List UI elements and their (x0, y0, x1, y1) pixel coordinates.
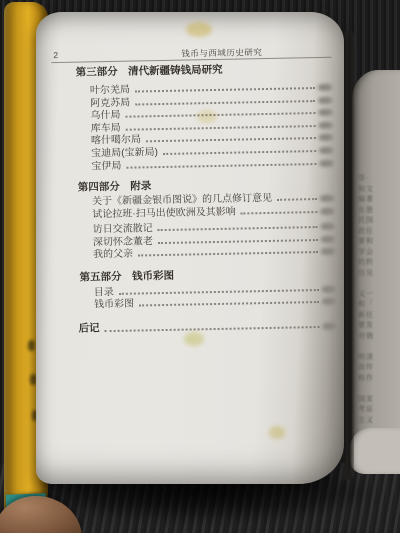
blurred-page-number (320, 208, 334, 215)
blurred-page-number (319, 147, 333, 154)
dot-leader (277, 198, 317, 201)
dot-leader (146, 137, 316, 142)
blurred-page-number (318, 109, 332, 116)
blurred-page-number (320, 195, 334, 202)
toc-section-heading: 第三部分 清代新疆铸钱局研究 (76, 65, 223, 80)
page-number: 2 (53, 50, 58, 60)
back-matter-label: 后记 (78, 320, 99, 335)
dot-leader (139, 301, 319, 306)
blurred-page-number (322, 323, 336, 330)
dot-leader (105, 326, 320, 332)
blurred-page-number (318, 97, 332, 104)
dot-leader (158, 239, 318, 244)
blurred-page-number (319, 134, 333, 141)
dot-leader (126, 163, 316, 169)
blurred-page-number (321, 248, 335, 255)
blurred-page-number (318, 84, 332, 91)
toc-entry-label: 宝伊局 (91, 157, 121, 173)
dot-leader (125, 112, 315, 118)
toc-entry: 钱币彩图 (94, 294, 336, 311)
toc-entry: 我的父亲 (93, 244, 335, 261)
toc-entry: 试论拉班·扫马出使欧洲及其影响 (92, 204, 334, 221)
blurred-page-number (319, 122, 333, 129)
dot-leader (163, 150, 316, 155)
dot-leader (138, 251, 318, 256)
toc-back-matter: 后记 (78, 319, 336, 336)
blurred-page-number (321, 236, 335, 243)
blurred-page-number (321, 223, 335, 230)
blurred-page-number (322, 286, 336, 293)
dot-leader (135, 87, 315, 92)
dot-leader (158, 226, 318, 231)
toc-entry-label: 钱币彩图 (94, 295, 134, 311)
section-heading-label: 第三部分 清代新疆铸钱局研究 (75, 62, 222, 80)
photo-of-open-book: 容·和文编著在册民国政任要和学会的转历见又一和「新任要发对俄明清而传称作国家考证… (0, 0, 400, 533)
toc-entry-label: 我的父亲 (93, 245, 133, 261)
blurred-page-number (319, 160, 333, 167)
toc-text-layer: 2 钱币与西域历史研究 第三部分 清代新疆铸钱局研究 叶尔羌局 阿克苏局 乌什局… (0, 0, 400, 533)
toc-entry-label: 试论拉班·扫马出使欧洲及其影响 (92, 203, 236, 221)
dot-leader (241, 211, 318, 214)
blurred-page-number (322, 298, 336, 305)
section-heading-label: 第五部分 钱币彩图 (79, 268, 174, 285)
